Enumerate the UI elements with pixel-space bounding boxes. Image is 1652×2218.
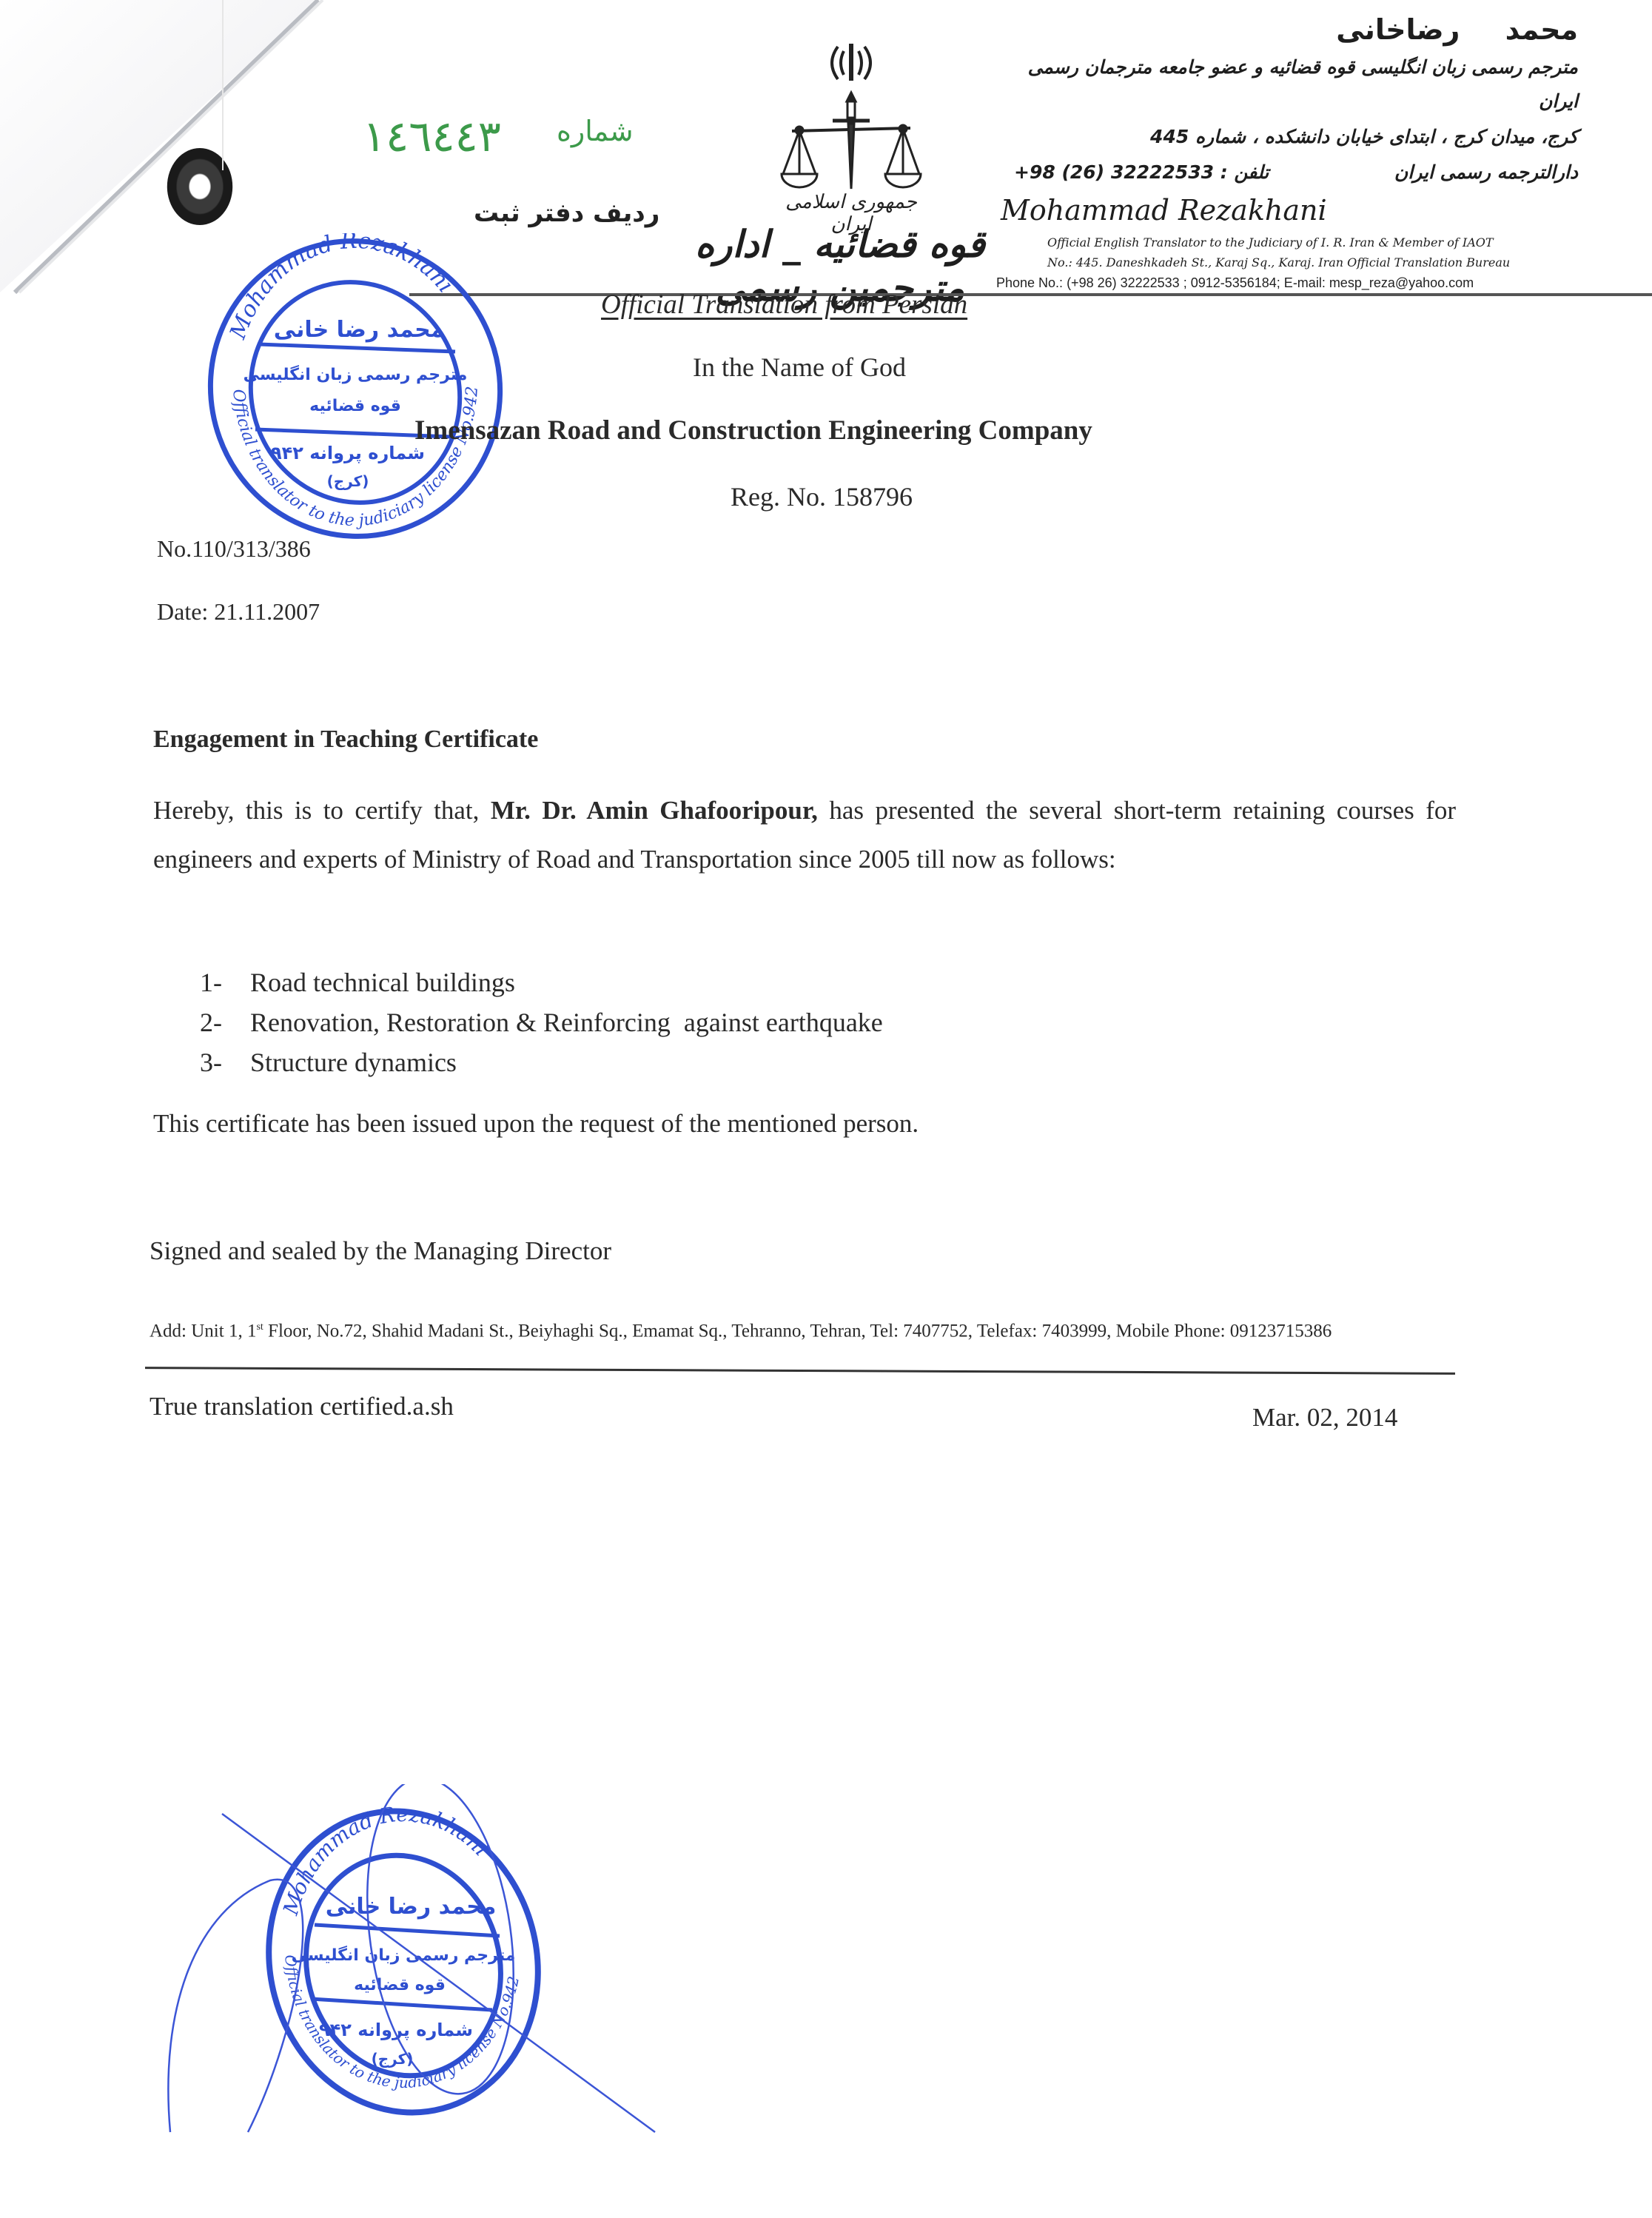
list-item-number: 1- (200, 962, 250, 1002)
translator-bureau-fa: دارالترجمه رسمی ایران (1394, 161, 1578, 183)
registry-number: ١٤٦٤٤٣ (363, 111, 501, 161)
paragraph-intro: Hereby, this is to certify that, (153, 796, 479, 825)
signature-line: Signed and sealed by the Managing Direct… (150, 1236, 611, 1266)
company-name: Imensazan Road and Construction Engineer… (414, 415, 1092, 446)
svg-text:قوه قضائیه: قوه قضائیه (309, 397, 401, 415)
translator-seal-stamp-bottom: Mohammad Rezakhani Official translator t… (167, 1784, 670, 2140)
translator-title-fa-cont: ایران (1539, 90, 1578, 112)
svg-text:(کرج): (کرج) (327, 472, 369, 490)
translation-date: Mar. 02, 2014 (1252, 1403, 1397, 1433)
translator-title-en: Official English Translator to the Judic… (1047, 235, 1494, 249)
official-translation-heading: Official Translation from Persian (601, 289, 967, 321)
list-item-number: 3- (200, 1042, 250, 1082)
certificate-title: Engagement in Teaching Certificate (153, 726, 538, 754)
letter-number: No.110/313/386 (157, 535, 311, 563)
company-address: Add: Unit 1, 1st Floor, No.72, Shahid Ma… (150, 1316, 1454, 1342)
svg-text:محمد رضا خانی: محمد رضا خانی (274, 317, 445, 343)
list-item: 1- Road technical buildings (200, 962, 883, 1002)
header-divider (409, 293, 1652, 296)
certified-person: Mr. Dr. Amin Ghafooripour, (491, 796, 818, 825)
judiciary-emblem-icon (777, 41, 925, 204)
list-item-label: Road technical buildings (250, 962, 515, 1002)
translator-contact-en: Phone No.: (+98 26) 32222533 ; 0912-5356… (996, 275, 1474, 291)
address-rest: Floor, No.72, Shahid Madani St., Beiyhag… (263, 1321, 1332, 1341)
svg-text:مترجم رسمی زبان انگلیسی: مترجم رسمی زبان انگلیسی (244, 364, 468, 384)
list-item-number: 2- (200, 1002, 250, 1042)
translator-name-en: Mohammad Rezakhani (1001, 194, 1327, 227)
list-item-label: Structure dynamics (250, 1042, 457, 1082)
registry-number-label: شماره (557, 115, 634, 147)
list-item: 3- Structure dynamics (200, 1042, 883, 1082)
translator-address-en: No.: 445. Daneshkadeh St., Karaj Sq., Ka… (1047, 255, 1510, 269)
closing-statement: This certificate has been issued upon th… (153, 1109, 919, 1139)
svg-text:شماره پروانه ۹۴۲: شماره پروانه ۹۴۲ (271, 443, 425, 463)
registry-row-label: ردیف دفتر ثبت (474, 198, 659, 228)
company-reg-no: Reg. No. 158796 (637, 481, 1007, 512)
address-sup: st (256, 1321, 263, 1333)
svg-text:(کرج): (کرج) (372, 2050, 414, 2068)
invocation-text: In the Name of God (614, 352, 984, 383)
certificate-paragraph: Hereby, this is to certify that, Mr. Dr.… (153, 786, 1456, 884)
footer-divider (145, 1367, 1455, 1375)
translator-title-fa: مترجم رسمی زبان انگلیسی قوه قضائیه و عضو… (1028, 56, 1578, 78)
svg-text:محمد رضا خانی: محمد رضا خانی (326, 1894, 497, 1920)
letter-date: Date: 21.11.2007 (157, 598, 320, 626)
translator-address-fa: کرج، میدان کرج ، ابتدای خیابان دانشکده ،… (1150, 126, 1578, 147)
translator-name-fa: محمد رضاخانی (1336, 13, 1578, 46)
svg-text:شماره پروانه ۹۴۲: شماره پروانه ۹۴۲ (319, 2020, 473, 2040)
list-item: 2- Renovation, Restoration & Reinforcing… (200, 1002, 883, 1042)
address-prefix: Add: Unit 1, 1 (150, 1321, 256, 1341)
scan-edge-line (222, 0, 224, 170)
svg-text:قوه قضائیه: قوه قضائیه (354, 1976, 446, 1994)
translator-seal-stamp-top: Mohammad Rezakhani Official translator t… (200, 233, 511, 544)
list-item-label: Renovation, Restoration & Reinforcing ag… (250, 1002, 883, 1042)
course-list: 1- Road technical buildings 2- Renovatio… (200, 962, 883, 1082)
certification-note: True translation certified.a.sh (150, 1392, 454, 1421)
translator-phone-fa: تلفن : 32222533 (26) 98+ (1014, 161, 1269, 183)
